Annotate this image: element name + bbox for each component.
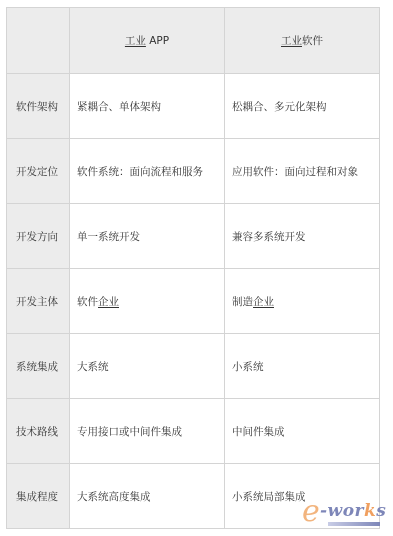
- header-industrial-app-rest: APP: [146, 35, 169, 47]
- app-cell: 大系统: [70, 334, 225, 399]
- app-cell: 大系统高度集成: [70, 464, 225, 529]
- app-cell: 单一系统开发: [70, 204, 225, 269]
- table-row: 软件架构 紧耦合、单体架构 松耦合、多元化架构: [7, 74, 380, 139]
- row-label: 系统集成: [7, 334, 70, 399]
- table-row: 集成程度 大系统高度集成 小系统局部集成: [7, 464, 380, 529]
- app-cell: 专用接口或中间件集成: [70, 399, 225, 464]
- software-cell: 小系统局部集成: [225, 464, 380, 529]
- row-label: 开发主体: [7, 269, 70, 334]
- app-cell: 紧耦合、单体架构: [70, 74, 225, 139]
- row-label: 技术路线: [7, 399, 70, 464]
- comparison-table: 工业 APP 工业软件 软件架构 紧耦合、单体架构 松耦合、多元化架构 开发定位…: [6, 7, 380, 529]
- software-cell: 松耦合、多元化架构: [225, 74, 380, 139]
- header-industrial-software: 工业软件: [225, 8, 380, 74]
- software-cell: 中间件集成: [225, 399, 380, 464]
- header-row: 工业 APP 工业软件: [7, 8, 380, 74]
- software-cell-underlined: 企业: [253, 296, 274, 308]
- app-cell: 软件企业: [70, 269, 225, 334]
- table-row: 技术路线 专用接口或中间件集成 中间件集成: [7, 399, 380, 464]
- header-industrial-software-rest: 软件: [302, 35, 323, 47]
- header-corner-cell: [7, 8, 70, 74]
- header-industrial-software-underlined: 工业: [281, 35, 302, 47]
- row-label: 开发定位: [7, 139, 70, 204]
- table-row: 开发方向 单一系统开发 兼容多系统开发: [7, 204, 380, 269]
- software-cell-prefix: 制造: [232, 296, 253, 308]
- software-cell: 制造企业: [225, 269, 380, 334]
- app-cell-prefix: 软件: [77, 296, 98, 308]
- row-label: 集成程度: [7, 464, 70, 529]
- table-row: 开发主体 软件企业 制造企业: [7, 269, 380, 334]
- row-label: 开发方向: [7, 204, 70, 269]
- app-cell-underlined: 企业: [98, 296, 119, 308]
- row-label: 软件架构: [7, 74, 70, 139]
- header-industrial-app-underlined: 工业: [125, 35, 146, 47]
- software-cell: 兼容多系统开发: [225, 204, 380, 269]
- software-cell: 小系统: [225, 334, 380, 399]
- header-industrial-app: 工业 APP: [70, 8, 225, 74]
- app-cell: 软件系统：面向流程和服务: [70, 139, 225, 204]
- software-cell: 应用软件：面向过程和对象: [225, 139, 380, 204]
- table-row: 开发定位 软件系统：面向流程和服务 应用软件：面向过程和对象: [7, 139, 380, 204]
- table-row: 系统集成 大系统 小系统: [7, 334, 380, 399]
